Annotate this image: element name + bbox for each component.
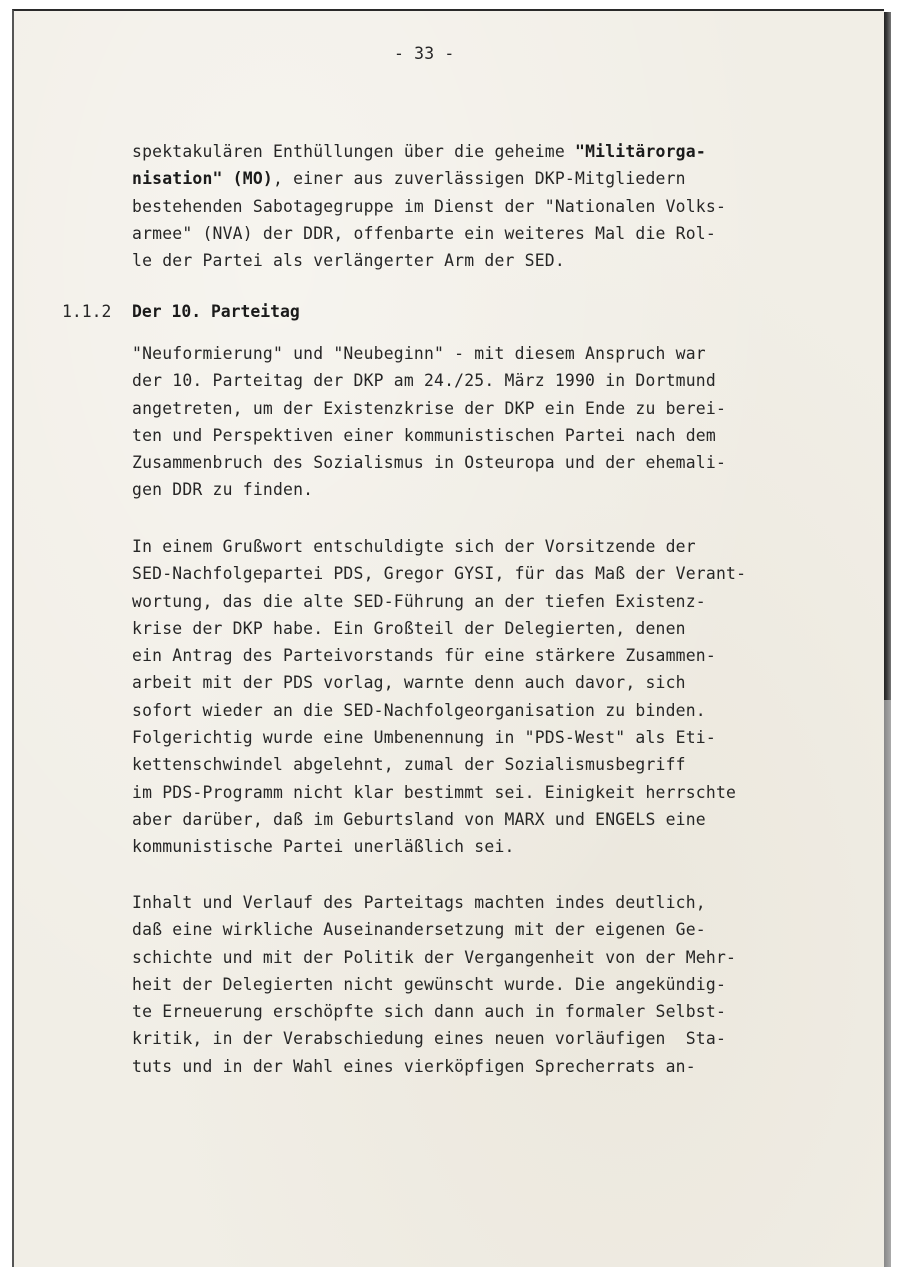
text-line: In einem Grußwort entschuldigte sich der… — [132, 533, 746, 560]
text-line: Inhalt und Verlauf des Parteitags machte… — [132, 889, 736, 916]
text-line: tuts und in der Wahl eines vierköpfigen … — [132, 1053, 736, 1080]
text-line: SED-Nachfolgepartei PDS, Gregor GYSI, fü… — [132, 560, 746, 587]
text-line: wortung, das die alte SED-Führung an der… — [132, 588, 746, 615]
text-line: spektakulären Enthüllungen über die gehe… — [132, 138, 726, 165]
text-line: sofort wieder an die SED-Nachfolgeorgani… — [132, 697, 746, 724]
text-line: le der Partei als verlängerter Arm der S… — [132, 247, 726, 274]
text-line: Folgerichtig wurde eine Umbenennung in "… — [132, 724, 746, 751]
text-line: heit der Delegierten nicht gewünscht wur… — [132, 971, 736, 998]
text-line: kritik, in der Verabschiedung eines neue… — [132, 1025, 736, 1052]
text-line: ten und Perspektiven einer kommunistisch… — [132, 422, 726, 449]
text-line: te Erneuerung erschöpfte sich dann auch … — [132, 998, 736, 1025]
text-line: nisation" (MO), einer aus zuverlässigen … — [132, 165, 726, 192]
paragraph-verlauf: Inhalt und Verlauf des Parteitags machte… — [132, 889, 736, 1080]
text-line: daß eine wirkliche Auseinandersetzung mi… — [132, 916, 736, 943]
text-line: bestehenden Sabotagegruppe im Dienst der… — [132, 193, 726, 220]
text-line: im PDS-Programm nicht klar bestimmt sei.… — [132, 779, 746, 806]
paragraph-parteitag: "Neuformierung" und "Neubeginn" - mit di… — [132, 340, 726, 504]
text-line: schichte und mit der Politik der Vergang… — [132, 944, 736, 971]
text-line: "Neuformierung" und "Neubeginn" - mit di… — [132, 340, 726, 367]
section-title: Der 10. Parteitag — [132, 302, 300, 321]
text-line: kettenschwindel abgelehnt, zumal der Soz… — [132, 751, 746, 778]
scan-edge-shadow-lower — [884, 700, 891, 1267]
paragraph-grusswort: In einem Grußwort entschuldigte sich der… — [132, 533, 746, 861]
section-number: 1.1.2 — [62, 302, 132, 321]
text-line: ein Antrag des Parteivorstands für eine … — [132, 642, 746, 669]
text-line: kommunistische Partei unerläßlich sei. — [132, 833, 746, 860]
text-line: der 10. Parteitag der DKP am 24./25. Mär… — [132, 367, 726, 394]
text-line: krise der DKP habe. Ein Großteil der Del… — [132, 615, 746, 642]
text-line: aber darüber, daß im Geburtsland von MAR… — [132, 806, 746, 833]
text-line: armee" (NVA) der DDR, offenbarte ein wei… — [132, 220, 726, 247]
page-number: - 33 - — [394, 44, 454, 63]
text-line: Zusammenbruch des Sozialismus in Osteuro… — [132, 449, 726, 476]
text-line: angetreten, um der Existenzkrise der DKP… — [132, 395, 726, 422]
text-line: arbeit mit der PDS vorlag, warnte denn a… — [132, 669, 746, 696]
section-heading: 1.1.2Der 10. Parteitag — [62, 302, 300, 321]
text-line: gen DDR zu finden. — [132, 476, 726, 503]
paragraph-intro: spektakulären Enthüllungen über die gehe… — [132, 138, 726, 274]
